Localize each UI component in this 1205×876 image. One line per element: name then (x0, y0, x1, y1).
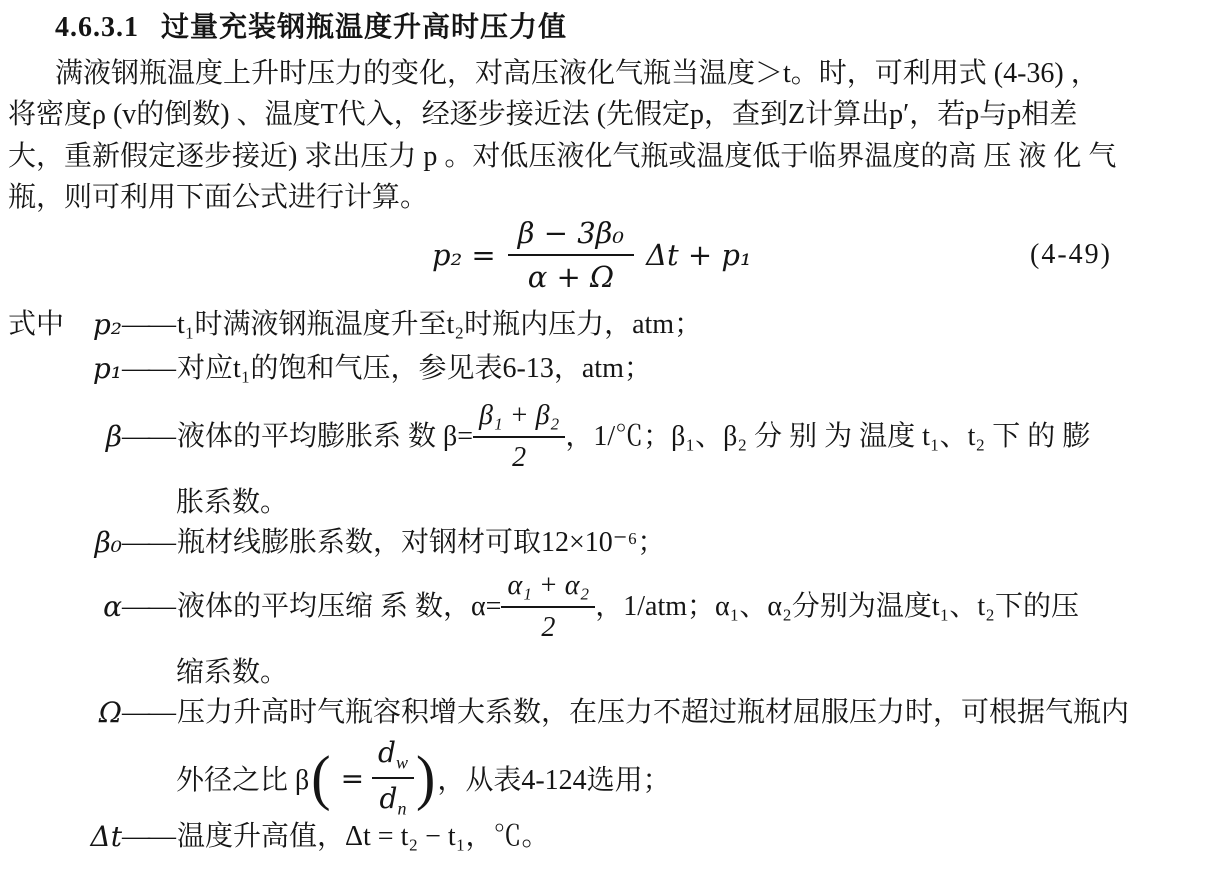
alpha-fraction-denominator: 2 (541, 608, 555, 645)
definition-desc-pre: 液体的平均膨胀系 数 β= (177, 420, 473, 454)
definition-term: β₀ (8, 526, 122, 560)
definition-term: Ω (8, 696, 122, 730)
definition-desc-post: ，1/atm；α₁、α₂分别为温度t₁、t₂下的压 (595, 590, 1079, 624)
definition-dash: —— (122, 526, 174, 560)
equation-rhs: Δt + p₁ (646, 238, 752, 272)
definition-row-beta: β —— 液体的平均膨胀系 数 β= β₁ + β₂ 2 ，1/℃；β₁、β₂ … (8, 402, 1090, 472)
definition-term: β (8, 420, 122, 454)
d-outer-base: d (378, 736, 396, 769)
definition-dash: —— (122, 590, 174, 624)
definition-dash: —— (122, 420, 174, 454)
equation-lhs: p₂ = (432, 238, 496, 272)
definition-term: p₁ (8, 352, 122, 386)
diameter-ratio-fraction: dw dn (372, 736, 414, 819)
definition-desc: t₁时满液钢瓶温度升至t₂时瓶内压力，atm； (177, 308, 702, 342)
definition-dash: —— (122, 308, 174, 342)
section-heading: 4.6.3.1过量充装钢瓶温度升高时压力值 (55, 10, 567, 45)
omega-cont-post: ，从表4-124选用； (437, 758, 670, 798)
definition-row-p1: p₁ —— 对应t₁的饱和气压，参见表6-13，atm； (8, 352, 652, 386)
definition-desc-pre: 液体的平均压缩 系 数，α= (177, 590, 501, 624)
definition-term: Δt (8, 820, 122, 854)
paragraph-line-3: 大，重新假定逐步接近) 求出压力 p 。对低压液化气瓶或温度低于临界温度的高 压… (8, 140, 1116, 174)
d-inner-base: d (380, 782, 398, 815)
definition-term: p₂ (8, 308, 122, 342)
beta-fraction-numerator: β₁ + β₂ (473, 399, 565, 438)
paragraph-line-1: 满液钢瓶温度上升时压力的变化，对高压液化气瓶当温度＞t。时，可利用式 (4-36… (55, 57, 1099, 91)
definition-cont-omega: 外径之比 β ( = dw dn ) ，从表4-124选用； (176, 742, 671, 814)
definition-cont-beta: 胀系数。 (176, 480, 288, 520)
definition-row-p2: p₂ —— t₁时满液钢瓶温度升至t₂时瓶内压力，atm； (8, 308, 702, 342)
alpha-fraction-numerator: α₁ + α₂ (501, 569, 595, 608)
definition-row-omega: Ω —— 压力升高时气瓶容积增大系数，在压力不超过瓶材屈服压力时，可根据气瓶内 (8, 696, 1129, 730)
definition-desc-post: ，1/℃；β₁、β₂ 分 别 为 温度 t₁、t₂ 下 的 膨 (565, 420, 1090, 454)
equation-number: (4-49) (1030, 238, 1112, 272)
d-inner-sub: n (397, 799, 406, 819)
section-number: 4.6.3.1 (55, 12, 139, 43)
d-outer-sub: w (396, 753, 408, 773)
definition-row-beta0: β₀ —— 瓶材线膨胀系数，对钢材可取12×10⁻⁶； (8, 526, 665, 560)
definition-term: α (8, 590, 122, 624)
beta-fraction-denominator: 2 (512, 438, 526, 475)
omega-cont-pre: 外径之比 β (176, 758, 309, 798)
paragraph-line-2: 将密度ρ (v的倒数) 、温度T代入，经逐步接近法 (先假定p，查到Z计算出p′… (8, 98, 1077, 132)
definition-desc: 对应t₁的饱和气压，参见表6-13，atm； (177, 352, 652, 386)
definition-cont-alpha: 缩系数。 (176, 650, 288, 690)
paragraph-line-4: 瓶，则可利用下面公式进行计算。 (8, 181, 428, 215)
definition-dash: —— (122, 696, 174, 730)
definition-desc: 压力升高时气瓶容积增大系数，在压力不超过瓶材屈服压力时，可根据气瓶内 (177, 696, 1129, 730)
definition-row-alpha: α —— 液体的平均压缩 系 数，α= α₁ + α₂ 2 ，1/atm；α₁、… (8, 572, 1079, 642)
definition-dash: —— (122, 352, 174, 386)
equation-4-49: p₂ = β − 3β₀ α + Ω Δt + p₁ (432, 218, 752, 292)
equation-numerator: β − 3β₀ (508, 216, 634, 256)
equation-denominator: α + Ω (528, 256, 614, 294)
definition-desc: 瓶材线膨胀系数，对钢材可取12×10⁻⁶； (177, 526, 665, 560)
omega-inner-equals: = (341, 762, 364, 795)
section-title: 过量充装钢瓶温度升高时压力值 (161, 11, 567, 42)
diameter-ratio-denominator: dn (380, 779, 407, 820)
definition-row-delta-t: Δt —— 温度升高值，Δt = t₂ − t₁，℃。 (8, 820, 549, 854)
diameter-ratio-numerator: dw (372, 736, 414, 779)
definition-dash: —— (122, 820, 174, 854)
definition-desc: 温度升高值，Δt = t₂ − t₁，℃。 (177, 820, 549, 854)
alpha-fraction: α₁ + α₂ 2 (501, 569, 595, 645)
equation-fraction: β − 3β₀ α + Ω (508, 216, 634, 294)
beta-fraction: β₁ + β₂ 2 (473, 399, 565, 475)
